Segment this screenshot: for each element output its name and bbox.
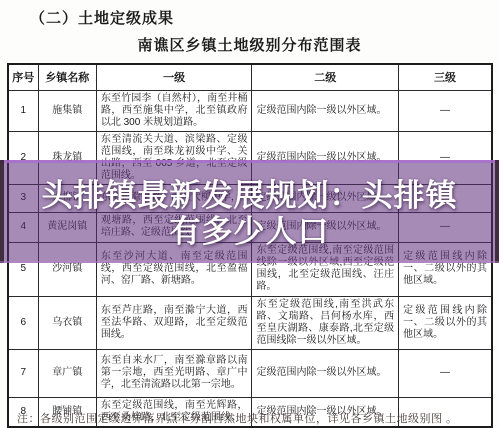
header-level3: 三级 — [399, 64, 492, 90]
table-row: 7章广镇东至自来水厂，南至滁章路以南第一宗地，西至光明路、章广中学，北至清流路以… — [8, 349, 492, 397]
overlay-bottom-strip — [0, 261, 499, 263]
town-name: 施集镇 — [38, 90, 96, 131]
level1-range: 东至自来水厂，南至滁章路以南第一宗地，西至光明路、章广中学，北至清流路以北第一宗… — [96, 349, 252, 397]
page: { "page": { "section_heading": "（二）土地定级成… — [0, 0, 499, 428]
table-row: 6乌衣镇东至芦庄路，南至滁宁大道，西至法华路、双迎路，北至定级范围线。东至定级范… — [8, 296, 492, 349]
level1-range: 东至竹园李（自然村），南至井桶路，西至施集中学，北至镇政府以北 300 米规划道… — [96, 90, 252, 131]
section-heading: （二）土地定级成果 — [30, 7, 174, 28]
header-level2: 二级 — [252, 64, 399, 90]
level3-range: — — [399, 90, 492, 131]
level1-range: 东至芦庄路，南至滁宁大道，西至法华路、双迎路，北至定级范围线。 — [96, 296, 252, 349]
footnote: 注：各级别范围定级边界落界点不分割自然地块和权属单位，详见各乡镇土地级别图 。 — [17, 410, 458, 426]
level3-range: 定级范围线内除一、二级以外的其他区域。 — [399, 296, 492, 349]
overlay-title-line2: 有多少人口 — [0, 214, 499, 250]
level2-range: 定级范围内除一级以外区域。 — [252, 349, 399, 397]
table-header: 序号 乡镇名称 一级 二级 三级 — [8, 64, 492, 90]
town-name: 章广镇 — [38, 349, 96, 397]
level2-range: 东至定级范围线,南至洪武东路、文瑞路、吕何杨水库，西至皇庆湖路、康泰路,北至定级… — [252, 296, 399, 349]
overlay-title-line1: 头排镇最新发展规划：头排镇 — [0, 178, 499, 214]
level2-range: 定级范围内除一级以外区域。 — [252, 90, 399, 131]
watermark-overlay: 头排镇最新发展规划：头排镇 有多少人口 — [0, 160, 499, 263]
overlay-title: 头排镇最新发展规划：头排镇 有多少人口 — [0, 178, 499, 250]
table-title: 南谯区乡镇土地级别分布范围表 — [0, 34, 499, 55]
header-town: 乡镇名称 — [38, 64, 96, 90]
town-name: 乌衣镇 — [38, 296, 96, 349]
header-row: 序号 乡镇名称 一级 二级 三级 — [8, 64, 492, 90]
header-level1: 一级 — [96, 64, 252, 90]
table-row: 1施集镇东至竹园李（自然村），南至井桶路，西至施集中学，北至镇政府以北 300 … — [8, 90, 492, 131]
overlay-top-strip — [0, 160, 499, 163]
row-no: 1 — [8, 90, 38, 131]
row-no: 7 — [8, 349, 38, 397]
row-no: 6 — [8, 296, 38, 349]
header-no: 序号 — [8, 64, 38, 90]
level3-range: — — [399, 349, 492, 397]
